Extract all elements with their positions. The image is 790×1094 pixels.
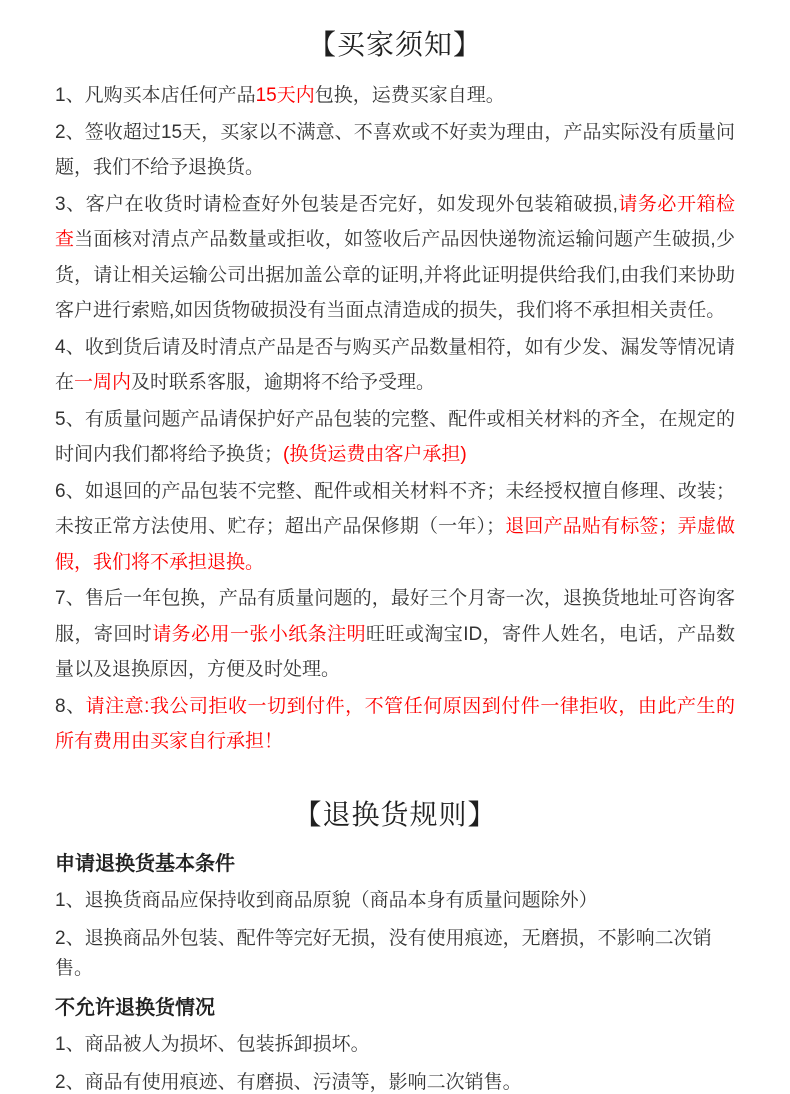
notice-item-1: 1、凡购买本店任何产品15天内包换，运费买家自理。 xyxy=(55,78,735,114)
body-text: 8、 xyxy=(55,696,86,717)
body-text: 包换，运费买家自理。 xyxy=(315,85,505,106)
body-text: 1、凡购买本店任何产品 xyxy=(55,85,256,106)
highlighted-text: 请注意:我公司拒收一切到付件，不管任何原因到付件一律拒收，由此产生的所有费用由买… xyxy=(55,696,735,753)
policy-item-2-1: 1、商品被人为损坏、包装拆卸损坏。 xyxy=(55,1030,735,1060)
policy-item-1-2: 2、退换商品外包装、配件等完好无损，没有使用痕迹，无磨损，不影响二次销售。 xyxy=(55,924,735,984)
policy-section-heading: 申请退换货基本条件 xyxy=(55,850,735,878)
highlighted-text: 15天内 xyxy=(256,85,315,106)
policy-item-2-2: 2、商品有使用痕迹、有磨损、污渍等，影响二次销售。 xyxy=(55,1068,735,1094)
buyer-notice-list: 1、凡购买本店任何产品15天内包换，运费买家自理。2、签收超过15天，买家以不满… xyxy=(55,78,735,760)
return-policy-title: 【退换货规则】 xyxy=(55,796,735,834)
document-page: 【买家须知】 1、凡购买本店任何产品15天内包换，运费买家自理。2、签收超过15… xyxy=(0,0,790,1094)
highlighted-text: 请务必用一张小纸条注明 xyxy=(152,624,366,645)
notice-item-8: 8、请注意:我公司拒收一切到付件，不管任何原因到付件一律拒收，由此产生的所有费用… xyxy=(55,689,735,760)
notice-item-6: 6、如退回的产品包装不完整、配件或相关材料不齐；未经授权擅自修理、改装；未按正常… xyxy=(55,474,735,581)
buyer-notice-title: 【买家须知】 xyxy=(55,26,735,64)
notice-item-3: 3、客户在收货时请检查好外包装是否完好，如发现外包装箱破损,请务必开箱检查当面核… xyxy=(55,187,735,329)
notice-item-2: 2、签收超过15天，买家以不满意、不喜欢或不好卖为理由，产品实际没有质量问题，我… xyxy=(55,115,735,186)
return-policy-sections: 申请退换货基本条件1、退换货商品应保持收到商品原貌（商品本身有质量问题除外）2、… xyxy=(55,850,735,1094)
body-text: 2、签收超过15天，买家以不满意、不喜欢或不好卖为理由，产品实际没有质量问题，我… xyxy=(55,122,735,179)
body-text: 当面核对清点产品数量或拒收，如签收后产品因快递物流运输问题产生破损,少货，请让相… xyxy=(55,229,735,321)
body-text: 及时联系客服，逾期将不给予受理。 xyxy=(131,372,435,393)
notice-item-7: 7、售后一年包换，产品有质量问题的，最好三个月寄一次，退换货地址可咨询客服，寄回… xyxy=(55,581,735,688)
policy-item-1-1: 1、退换货商品应保持收到商品原貌（商品本身有质量问题除外） xyxy=(55,886,735,916)
body-text: 3、客户在收货时请检查好外包装是否完好，如发现外包装箱破损, xyxy=(55,194,618,215)
policy-section-1: 申请退换货基本条件1、退换货商品应保持收到商品原貌（商品本身有质量问题除外）2、… xyxy=(55,850,735,984)
policy-section-2: 不允许退换货情况1、商品被人为损坏、包装拆卸损坏。2、商品有使用痕迹、有磨损、污… xyxy=(55,994,735,1094)
highlighted-text: (换货运费由客户承担) xyxy=(283,444,467,465)
policy-section-heading: 不允许退换货情况 xyxy=(55,994,735,1022)
highlighted-text: 一周内 xyxy=(74,372,131,393)
notice-item-5: 5、有质量问题产品请保护好产品包装的完整、配件或相关材料的齐全，在规定的时间内我… xyxy=(55,402,735,473)
notice-item-4: 4、收到货后请及时清点产品是否与购买产品数量相符，如有少发、漏发等情况请在一周内… xyxy=(55,330,735,401)
